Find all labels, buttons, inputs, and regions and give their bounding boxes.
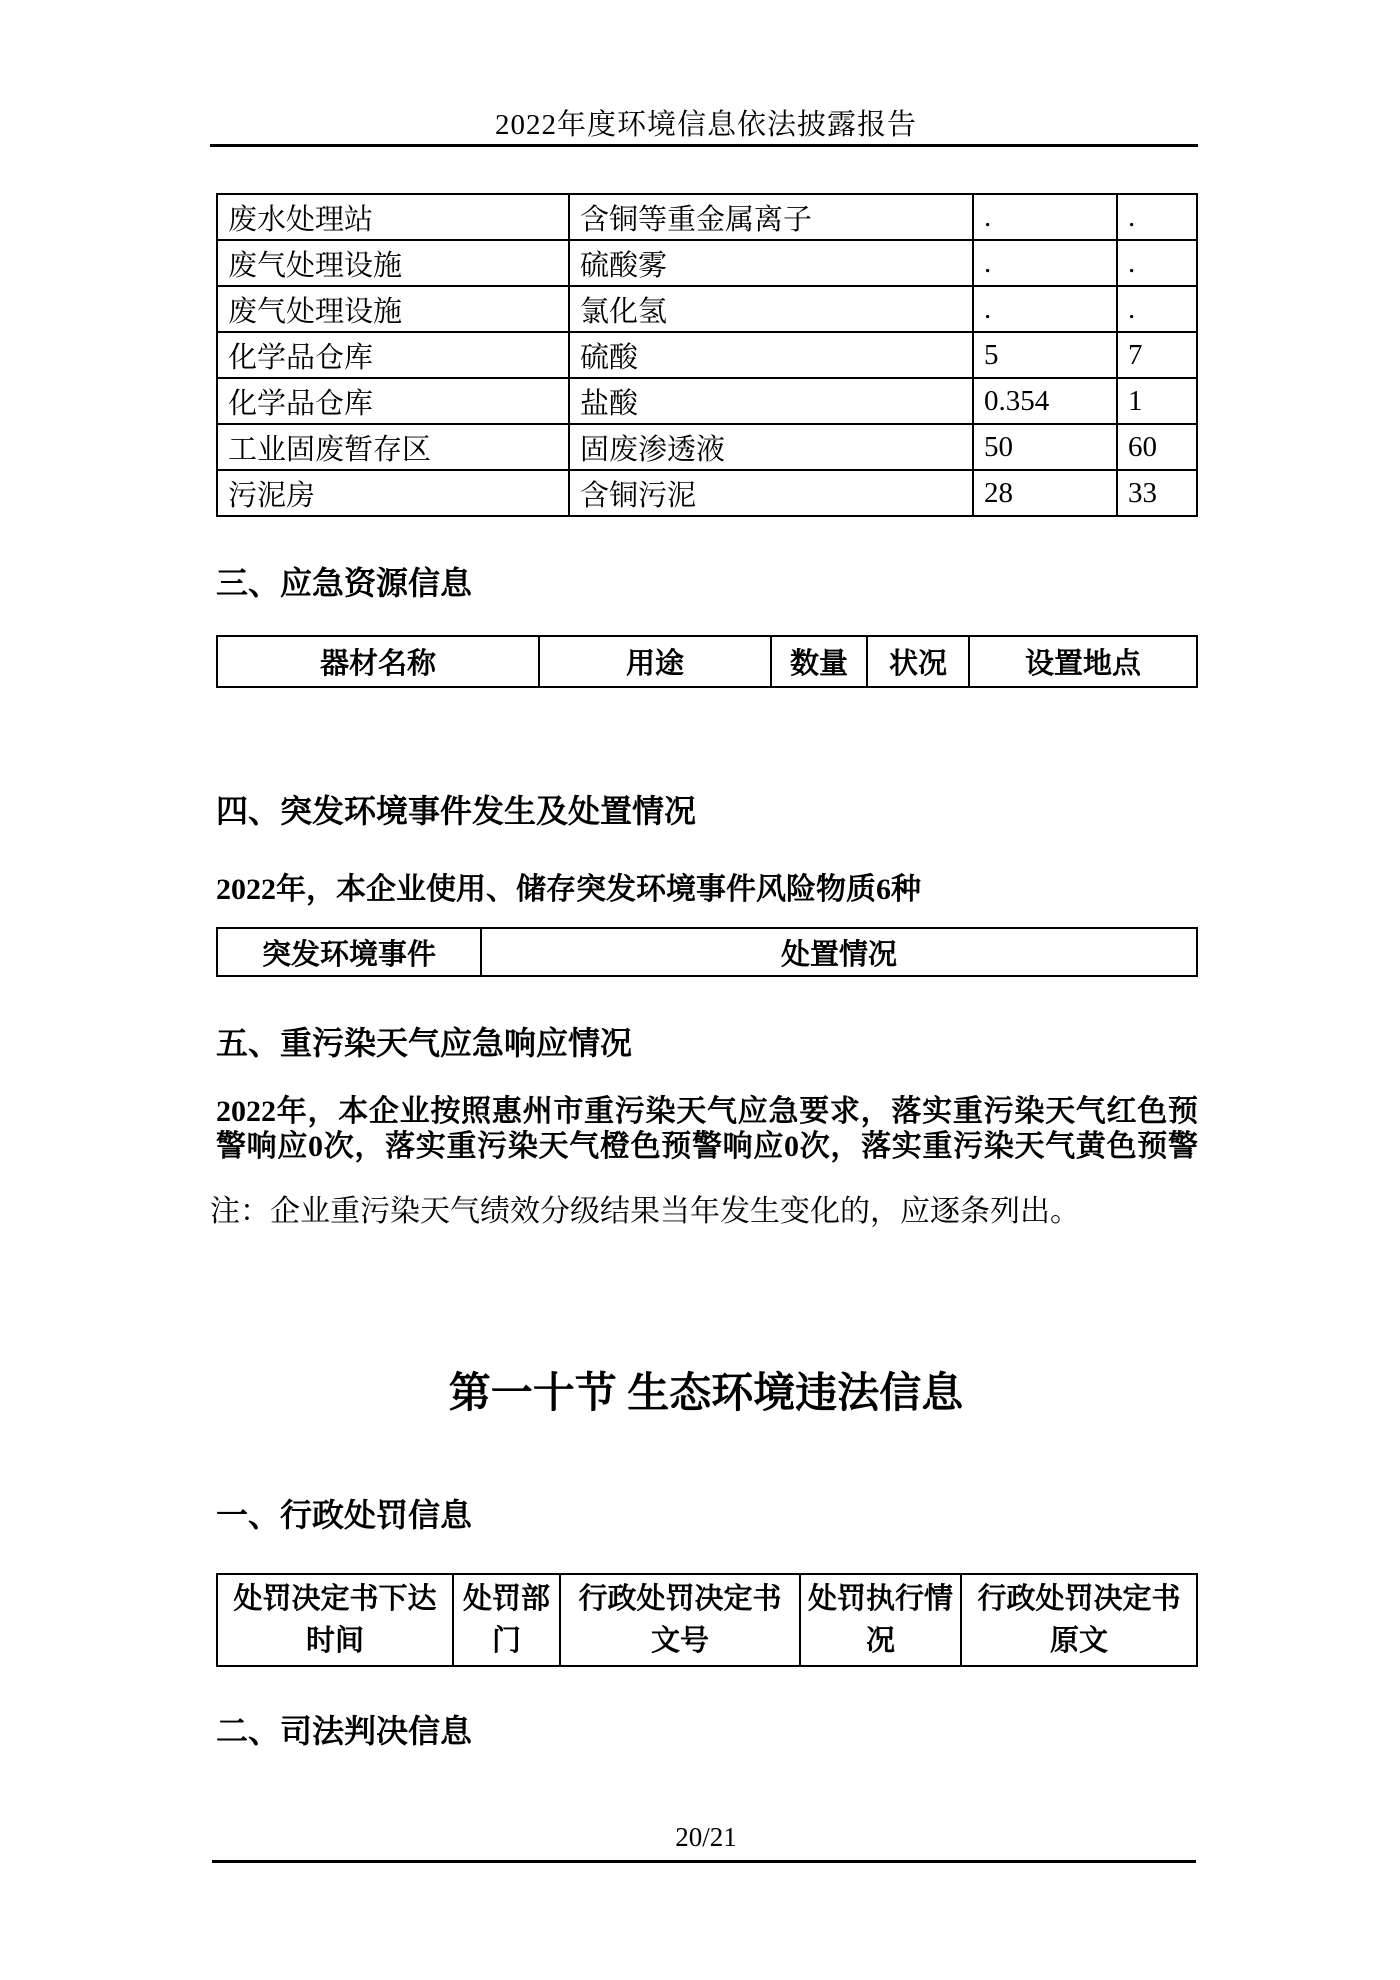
column-header: 用途	[539, 636, 771, 687]
table-header-row: 处罚决定书下达 时间 处罚部 门 行政处罚决定书 文号 处罚执行情 况 行政处罚…	[217, 1574, 1197, 1666]
header-line: 处罚决定书下达	[218, 1578, 452, 1620]
header-line: 行政处罚决定书	[561, 1578, 799, 1620]
table-cell: 1	[1117, 378, 1197, 424]
chapter-title: 第一十节 生态环境违法信息	[216, 1360, 1196, 1420]
table-row: 化学品仓库 硫酸 5 7	[217, 332, 1197, 378]
column-header: 数量	[771, 636, 867, 687]
footer-rule	[212, 1860, 1196, 1863]
incident-table: 突发环境事件 处置情况	[216, 927, 1198, 977]
table-cell: 含铜污泥	[569, 470, 973, 516]
incidents-paragraph: 2022年，本企业使用、储存突发环境事件风险物质6种	[216, 864, 1196, 908]
header-line: 文号	[561, 1620, 799, 1662]
table-cell: 废水处理站	[217, 194, 569, 240]
column-header: 器材名称	[217, 636, 539, 687]
column-header: 处罚部 门	[453, 1574, 560, 1666]
table-header-row: 突发环境事件 处置情况	[217, 928, 1197, 976]
table-cell: 废气处理设施	[217, 286, 569, 332]
table-cell: 33	[1117, 470, 1197, 516]
column-header: 行政处罚决定书 原文	[961, 1574, 1197, 1666]
table-cell: 7	[1117, 332, 1197, 378]
section-heading-judicial: 二、司法判决信息	[216, 1706, 1196, 1752]
table-cell: .	[1117, 194, 1197, 240]
header-title: 2022年度环境信息依法披露报告	[216, 102, 1196, 143]
table-cell: 50	[973, 424, 1117, 470]
pollution-weather-paragraph: 2022年，本企业按照惠州市重污染天气应急要求，落实重污染天气红色预 警响应0次…	[216, 1094, 1198, 1164]
table-cell: 废气处理设施	[217, 240, 569, 286]
header-line: 处罚部	[454, 1578, 559, 1620]
section-heading-penalty: 一、行政处罚信息	[216, 1490, 1196, 1536]
document-page: 2022年度环境信息依法披露报告 废水处理站 含铜等重金属离子 . . 废气处理…	[0, 0, 1400, 1980]
table-cell: 工业固废暂存区	[217, 424, 569, 470]
table-cell: .	[1117, 286, 1197, 332]
table-row: 化学品仓库 盐酸 0.354 1	[217, 378, 1197, 424]
pollution-weather-note: 注：企业重污染天气绩效分级结果当年发生变化的，应逐条列出。	[210, 1186, 1200, 1230]
column-header: 状况	[867, 636, 969, 687]
table-cell: 化学品仓库	[217, 332, 569, 378]
table-cell: 0.354	[973, 378, 1117, 424]
column-header: 处置情况	[481, 928, 1197, 976]
table-cell: 化学品仓库	[217, 378, 569, 424]
header-line: 原文	[962, 1620, 1196, 1662]
table-cell: .	[1117, 240, 1197, 286]
table-cell: 5	[973, 332, 1117, 378]
section-heading-emergency-resources: 三、应急资源信息	[216, 558, 1196, 604]
page-number: 20/21	[216, 1822, 1196, 1853]
penalty-table: 处罚决定书下达 时间 处罚部 门 行政处罚决定书 文号 处罚执行情 况 行政处罚…	[216, 1573, 1198, 1667]
section-heading-incidents: 四、突发环境事件发生及处置情况	[216, 786, 1196, 832]
table-cell: .	[973, 240, 1117, 286]
header-line: 行政处罚决定书	[962, 1578, 1196, 1620]
table-cell: 28	[973, 470, 1117, 516]
table-row: 工业固废暂存区 固废渗透液 50 60	[217, 424, 1197, 470]
table-cell: 氯化氢	[569, 286, 973, 332]
table-header-row: 器材名称 用途 数量 状况 设置地点	[217, 636, 1197, 687]
column-header: 突发环境事件	[217, 928, 481, 976]
emission-table: 废水处理站 含铜等重金属离子 . . 废气处理设施 硫酸雾 . . 废气处理设施…	[216, 193, 1198, 517]
header-line: 门	[454, 1620, 559, 1662]
table-cell: 含铜等重金属离子	[569, 194, 973, 240]
table-cell: 60	[1117, 424, 1197, 470]
emergency-resources-table: 器材名称 用途 数量 状况 设置地点	[216, 635, 1198, 688]
table-cell: 盐酸	[569, 378, 973, 424]
table-cell: 硫酸雾	[569, 240, 973, 286]
table-row: 废气处理设施 氯化氢 . .	[217, 286, 1197, 332]
table-cell: .	[973, 286, 1117, 332]
column-header: 处罚执行情 况	[800, 1574, 961, 1666]
paragraph-line: 2022年，本企业按照惠州市重污染天气应急要求，落实重污染天气红色预	[216, 1094, 1198, 1129]
section-heading-pollution-weather: 五、重污染天气应急响应情况	[216, 1018, 1196, 1064]
column-header: 行政处罚决定书 文号	[560, 1574, 800, 1666]
table-row: 废水处理站 含铜等重金属离子 . .	[217, 194, 1197, 240]
table-cell: 硫酸	[569, 332, 973, 378]
header-line: 处罚执行情	[801, 1578, 960, 1620]
column-header: 设置地点	[969, 636, 1197, 687]
paragraph-line: 警响应0次，落实重污染天气橙色预警响应0次，落实重污染天气黄色预警	[216, 1129, 1198, 1164]
table-cell: 污泥房	[217, 470, 569, 516]
column-header: 处罚决定书下达 时间	[217, 1574, 453, 1666]
table-cell: 固废渗透液	[569, 424, 973, 470]
table-row: 废气处理设施 硫酸雾 . .	[217, 240, 1197, 286]
header-rule	[210, 144, 1198, 147]
header-line: 时间	[218, 1620, 452, 1662]
header-line: 况	[801, 1620, 960, 1662]
table-row: 污泥房 含铜污泥 28 33	[217, 470, 1197, 516]
table-cell: .	[973, 194, 1117, 240]
